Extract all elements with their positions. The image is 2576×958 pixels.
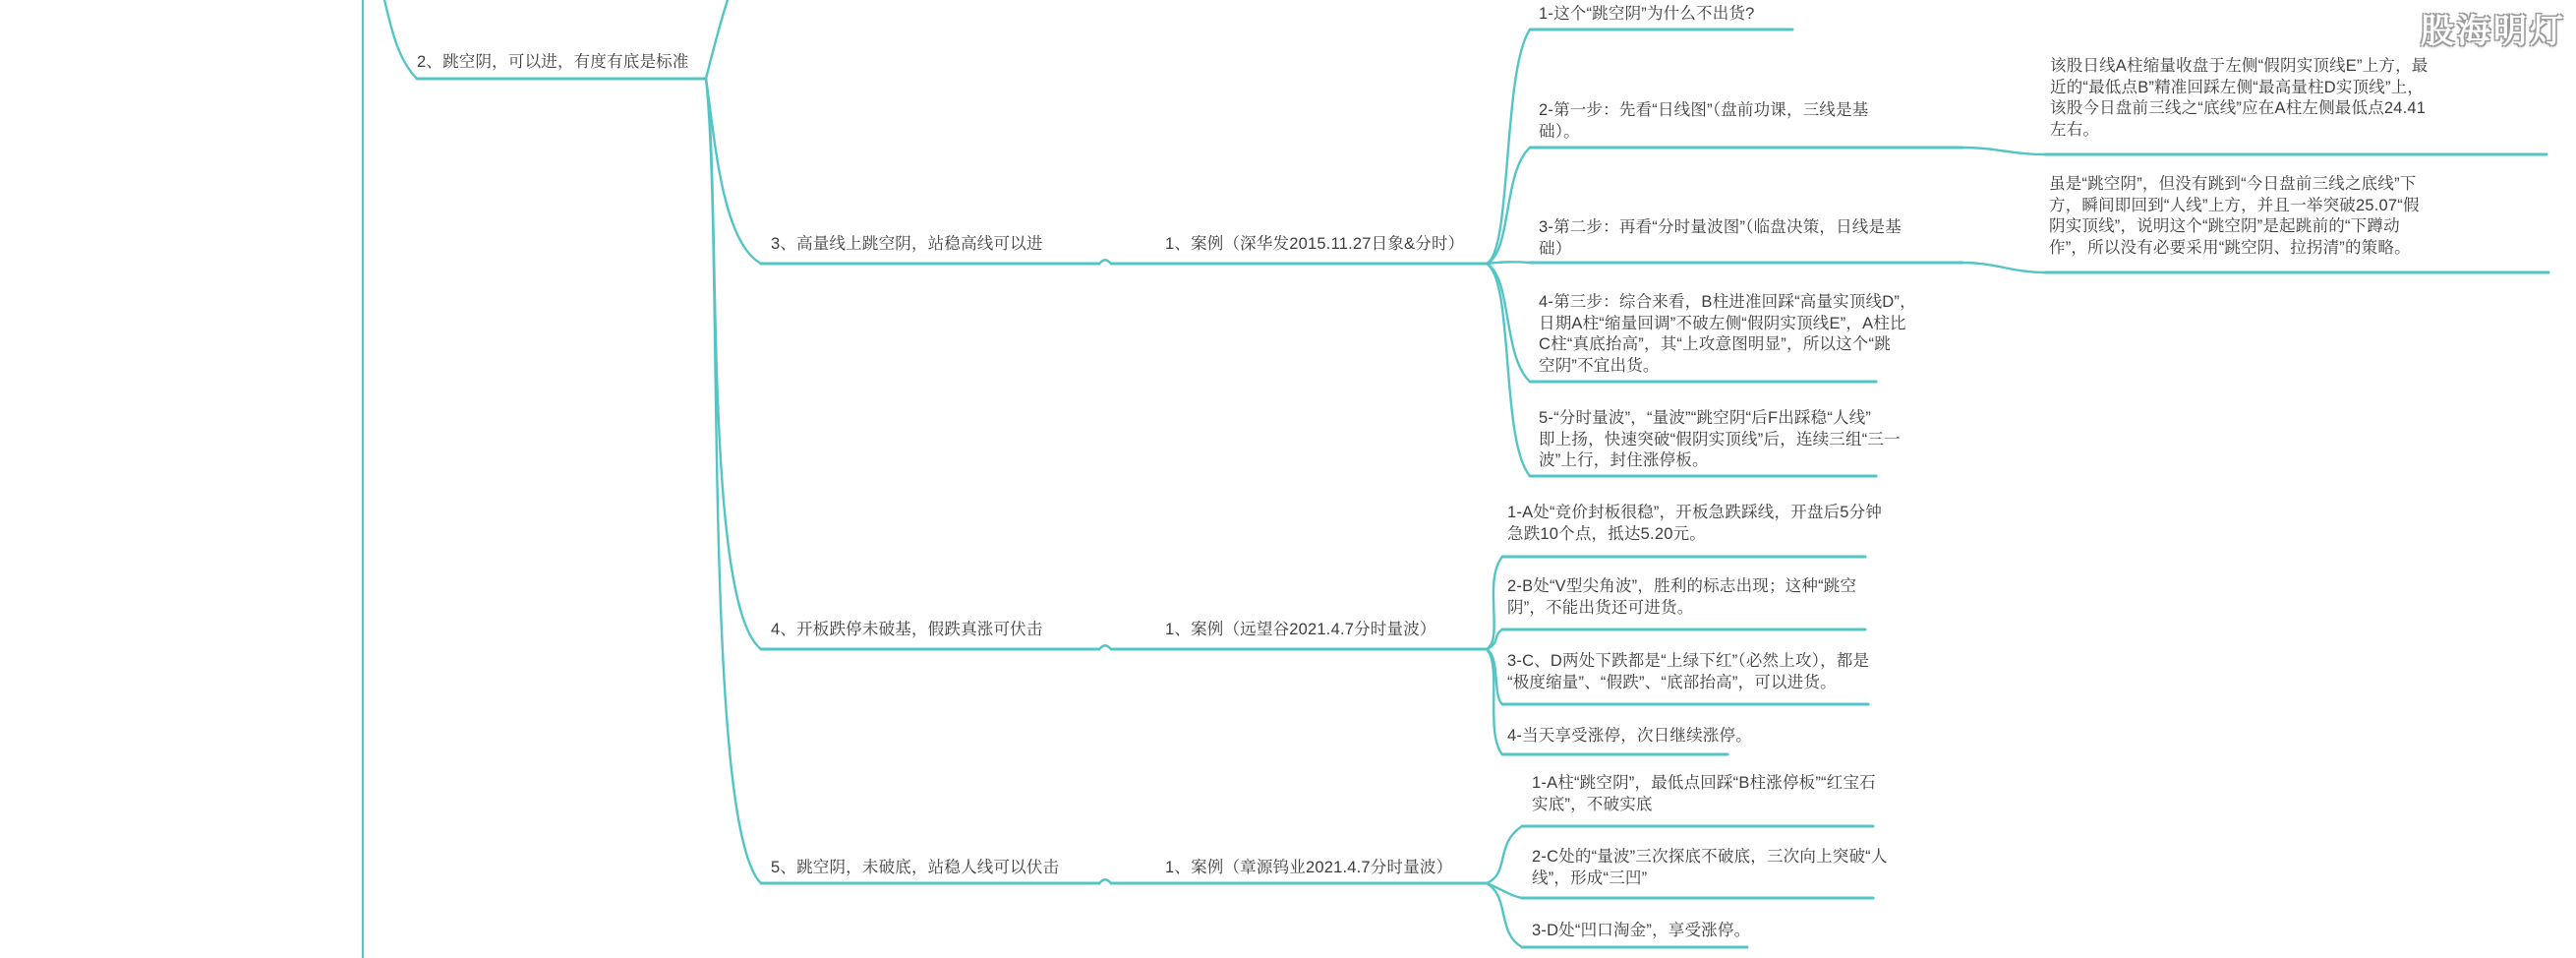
- leaf-3-5-volume-wave[interactable]: 5-“分时量波”，“量波”“跳空阴“后F出踩稳“人线” 即上扬，快速突破“假阴实…: [1539, 408, 1976, 472]
- connector-case4-leaf1: [1487, 557, 1502, 649]
- case-4-yuanwanggu[interactable]: 1、案例（远望谷2021.4.7分时量波）: [1165, 620, 1436, 641]
- case-3-shenhuafa[interactable]: 1、案例（深华发2015.11.27日象&分时）: [1165, 234, 1464, 256]
- connector-s3-2-note-daily: [1962, 148, 2045, 154]
- mindmap-canvas: 2、跳空阴，可以进，有度有底是标准 3、高量线上跳空阴，站稳高线可以进 1、案例…: [0, 0, 2576, 958]
- leaf-4-1-auction-stable[interactable]: 1-A处“竞价封板很稳”，开板急跌踩线，开盘后5分钟 急跌10个点，抵达5.20…: [1507, 503, 1945, 545]
- leaf-4-3-green-up-red-down[interactable]: 3-C、D两处下跌都是“上绿下红”（必然上攻），都是 “极度缩量”、“假跌”、“…: [1507, 651, 1952, 693]
- connector-case3-leaf5: [1487, 264, 1530, 476]
- topic-4-limit-down-reopen[interactable]: 4、开板跌停未破基，假跌真涨可伏击: [771, 620, 1043, 641]
- leaf-3-4-step3-summary[interactable]: 4-第三步：综合来看，B柱进准回踩“高量实顶线D”， 日期A柱“缩量回调”不破左…: [1539, 292, 1976, 377]
- connector-case5-leaf3: [1487, 883, 1522, 947]
- leaf-3-2-step1-daily[interactable]: 2-第一步：先看“日线图”（盘前功课，三线是基 础）。: [1539, 100, 1971, 143]
- leaf-5-3-notch-gold[interactable]: 3-D处“凹口淘金”，享受涨停。: [1532, 921, 1964, 942]
- connector-topic2-topic5: [706, 79, 761, 883]
- connector-top-topic2: [384, 0, 417, 79]
- topic-5-gap-down-no-break[interactable]: 5、跳空阴，未破底，站稳人线可以伏击: [771, 858, 1059, 879]
- branch-lines-layer: [0, 0, 2576, 958]
- bridge-topic4-case4: [1099, 645, 1111, 649]
- note-intraday-analysis[interactable]: 虽是“跳空阴”，但没有跳到“今日盘前三线之底线”下 方，瞬间即回到“人线”上方，…: [2049, 174, 2493, 259]
- case-5-zhangyuan-tungsten[interactable]: 1、案例（章源钨业2021.4.7分时量波）: [1165, 858, 1452, 879]
- leaf-3-3-step2-intraday[interactable]: 3-第二步：再看“分时量波图”（临盘决策，日线是基 础）: [1539, 217, 1971, 260]
- leaf-4-4-limit-up-next-day[interactable]: 4-当天享受涨停，次日继续涨停。: [1507, 726, 1945, 748]
- leaf-4-2-v-shape-wave[interactable]: 2-B处“V型尖角波”，胜利的标志出现；这种“跳空 阴”，不能出货还可进货。: [1507, 576, 1945, 619]
- connector-case3-leaf2: [1487, 148, 1530, 264]
- bridge-topic3-case3: [1099, 260, 1111, 264]
- leaf-5-2-triple-bottom[interactable]: 2-C处的“量波”三次探底不破底，三次向上突破“人 线”，形成“三凹”: [1532, 847, 1964, 889]
- connector-case3-leaf1: [1487, 30, 1530, 264]
- watermark: 股海明灯: [2421, 4, 2566, 52]
- bridge-topic5-case5: [1099, 879, 1111, 883]
- leaf-5-1-a-pillar-gap-down[interactable]: 1-A柱“跳空阴”，最低点回踩“B柱涨停板”“红宝石 实底”，不破实底: [1532, 773, 1964, 815]
- connector-case5-leaf2: [1487, 883, 1522, 898]
- note-daily-chart-analysis[interactable]: 该股日线A柱缩量收盘于左侧“假阴实顶线E”上方，最 近的“最低点B”精准回踩左侧…: [2050, 56, 2488, 141]
- connector-s3-3-note-intraday: [1962, 263, 2045, 272]
- leaf-3-1-why-not-sell[interactable]: 1-这个“跳空阴”为什么不出货?: [1539, 4, 1971, 26]
- connector-case5-leaf1: [1487, 826, 1522, 883]
- connector-case3-leaf3: [1487, 262, 1530, 264]
- topic-2-gap-down-standard[interactable]: 2、跳空阴，可以进，有度有底是标准: [417, 52, 689, 74]
- connector-top-into-trunk: [706, 0, 728, 79]
- topic-3-high-volume-gap-down[interactable]: 3、高量线上跳空阴，站稳高线可以进: [771, 234, 1043, 256]
